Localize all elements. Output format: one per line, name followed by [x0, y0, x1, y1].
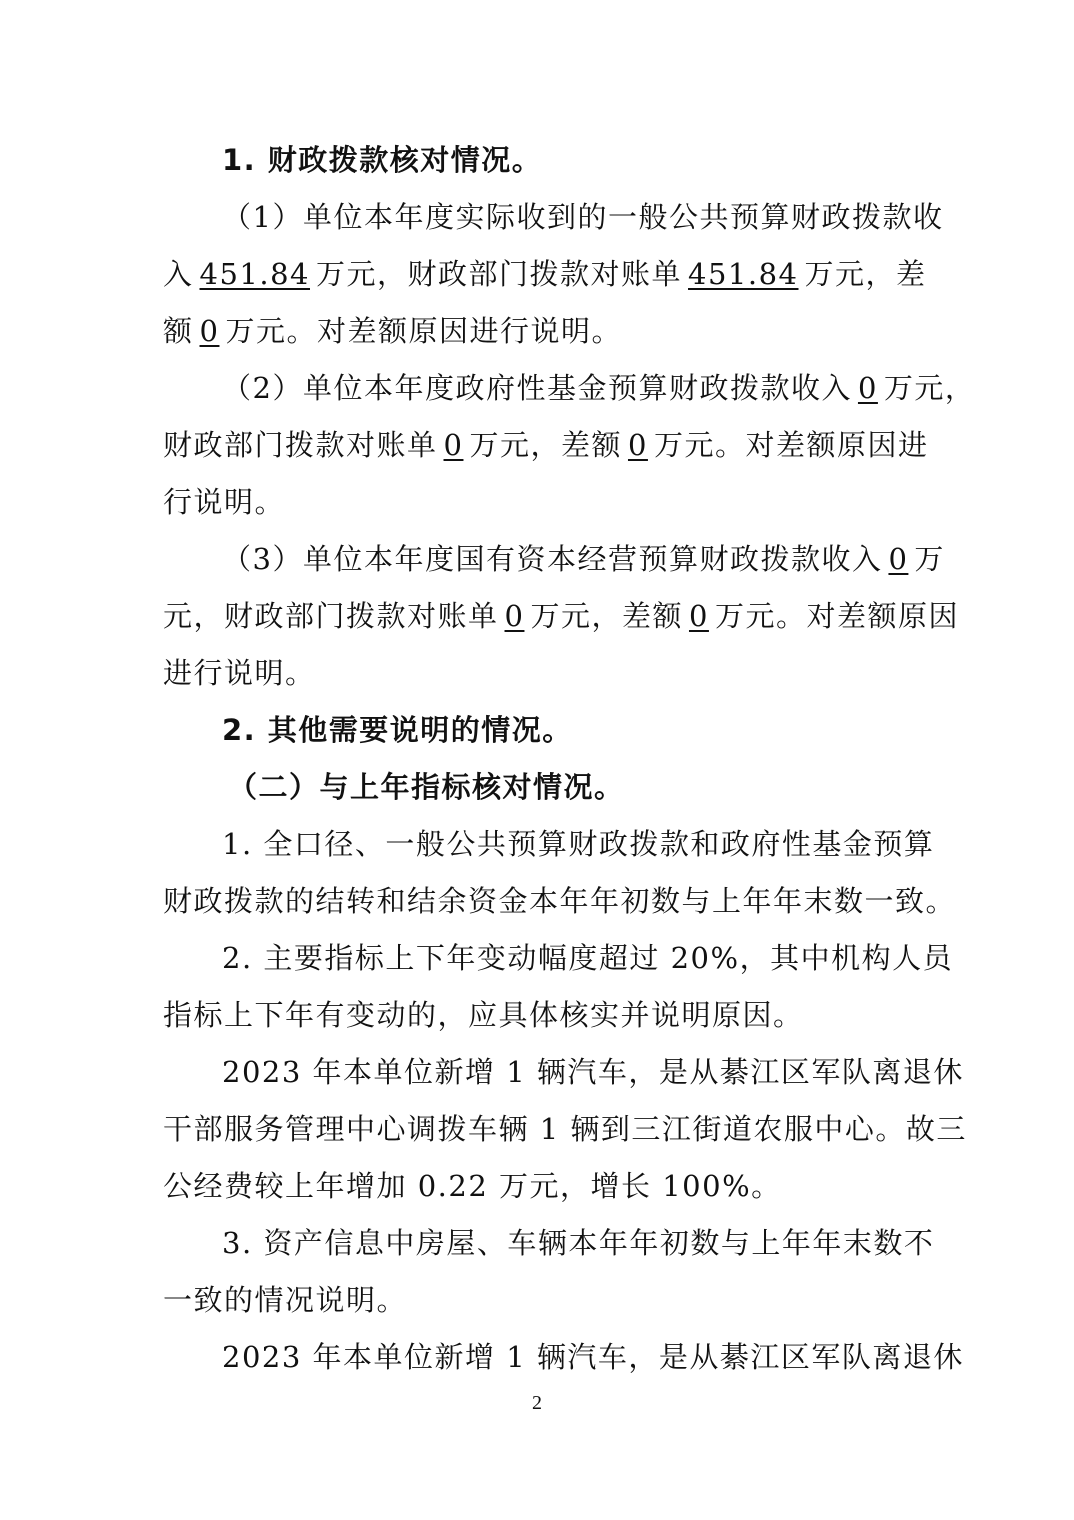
text: 万: [914, 542, 945, 576]
text: 入: [163, 257, 194, 291]
page-number: 2: [0, 1392, 1074, 1415]
difference-amount: 0: [622, 428, 654, 462]
document-page: 1. 财政拨款核对情况。 （1）单位本年度实际收到的一般公共预算财政拨款收 入4…: [0, 0, 1074, 1520]
text: 财政部门拨款对账单: [163, 428, 438, 462]
paragraph-gov-fund-line1: （2）单位本年度政府性基金预算财政拨款收入0万元，: [222, 368, 972, 408]
text: （3）单位本年度国有资本经营预算财政拨款收入: [222, 542, 882, 576]
text: 万元，差额: [530, 599, 683, 633]
paragraph-general-budget-line1: （1）单位本年度实际收到的一般公共预算财政拨款收: [222, 197, 972, 237]
paragraph-vehicle-repeat-line1: 2023 年本单位新增 1 辆汽车，是从綦江区军队离退休: [222, 1337, 972, 1377]
amount-statement: 0: [438, 428, 470, 462]
difference-amount: 0: [194, 314, 226, 348]
paragraph-carryover-line1: 1. 全口径、一般公共预算财政拨款和政府性基金预算: [222, 824, 972, 864]
paragraph-vehicle-line1: 2023 年本单位新增 1 辆汽车，是从綦江区军队离退休: [222, 1052, 972, 1092]
paragraph-state-capital-line2: 元，财政部门拨款对账单0万元，差额0万元。对差额原因: [163, 596, 913, 636]
paragraph-gov-fund-line3: 行说明。: [163, 482, 913, 522]
text: 万元。对差额原因进行说明。: [225, 314, 622, 348]
paragraph-state-capital-line3: 进行说明。: [163, 653, 913, 693]
paragraph-carryover-line2: 财政拨款的结转和结余资金本年年初数与上年年末数一致。: [163, 881, 913, 921]
paragraph-vehicle-line2: 干部服务管理中心调拨车辆 1 辆到三江街道农服中心。故三: [163, 1109, 913, 1149]
paragraph-assets-line1: 3. 资产信息中房屋、车辆本年年初数与上年年末数不: [222, 1223, 972, 1263]
text: （2）单位本年度政府性基金预算财政拨款收入: [222, 371, 852, 405]
heading-other-notes: 2. 其他需要说明的情况。: [222, 710, 972, 750]
amount-received: 0: [852, 371, 884, 405]
difference-amount: 0: [683, 599, 715, 633]
paragraph-general-budget-line3: 额0万元。对差额原因进行说明。: [163, 311, 913, 351]
text: 万元，差: [805, 257, 927, 291]
paragraph-assets-line2: 一致的情况说明。: [163, 1280, 913, 1320]
amount-received: 0: [882, 542, 914, 576]
amount-statement: 451.84: [682, 257, 804, 291]
amount-statement: 0: [499, 599, 531, 633]
text: 万元，差额: [469, 428, 622, 462]
paragraph-general-budget-line2: 入451.84万元，财政部门拨款对账单451.84万元，差: [163, 254, 913, 294]
text: 万元。对差额原因进: [654, 428, 929, 462]
text: 额: [163, 314, 194, 348]
paragraph-vehicle-line3: 公经费较上年增加 0.22 万元，增长 100%。: [163, 1166, 913, 1206]
paragraph-state-capital-line1: （3）单位本年度国有资本经营预算财政拨款收入0万: [222, 539, 972, 579]
paragraph-gov-fund-line2: 财政部门拨款对账单0万元，差额0万元。对差额原因进: [163, 425, 913, 465]
text: 万元。对差额原因: [715, 599, 959, 633]
text: 万元，: [884, 371, 976, 405]
text: 元，财政部门拨款对账单: [163, 599, 499, 633]
amount-received: 451.84: [194, 257, 316, 291]
heading-prior-year-check: （二）与上年指标核对情况。: [228, 767, 978, 807]
text: 万元，财政部门拨款对账单: [316, 257, 682, 291]
paragraph-variance-line2: 指标上下年有变动的，应具体核实并说明原因。: [163, 995, 913, 1035]
paragraph-variance-line1: 2. 主要指标上下年变动幅度超过 20%，其中机构人员: [222, 938, 972, 978]
heading-fiscal-check: 1. 财政拨款核对情况。: [222, 140, 972, 180]
